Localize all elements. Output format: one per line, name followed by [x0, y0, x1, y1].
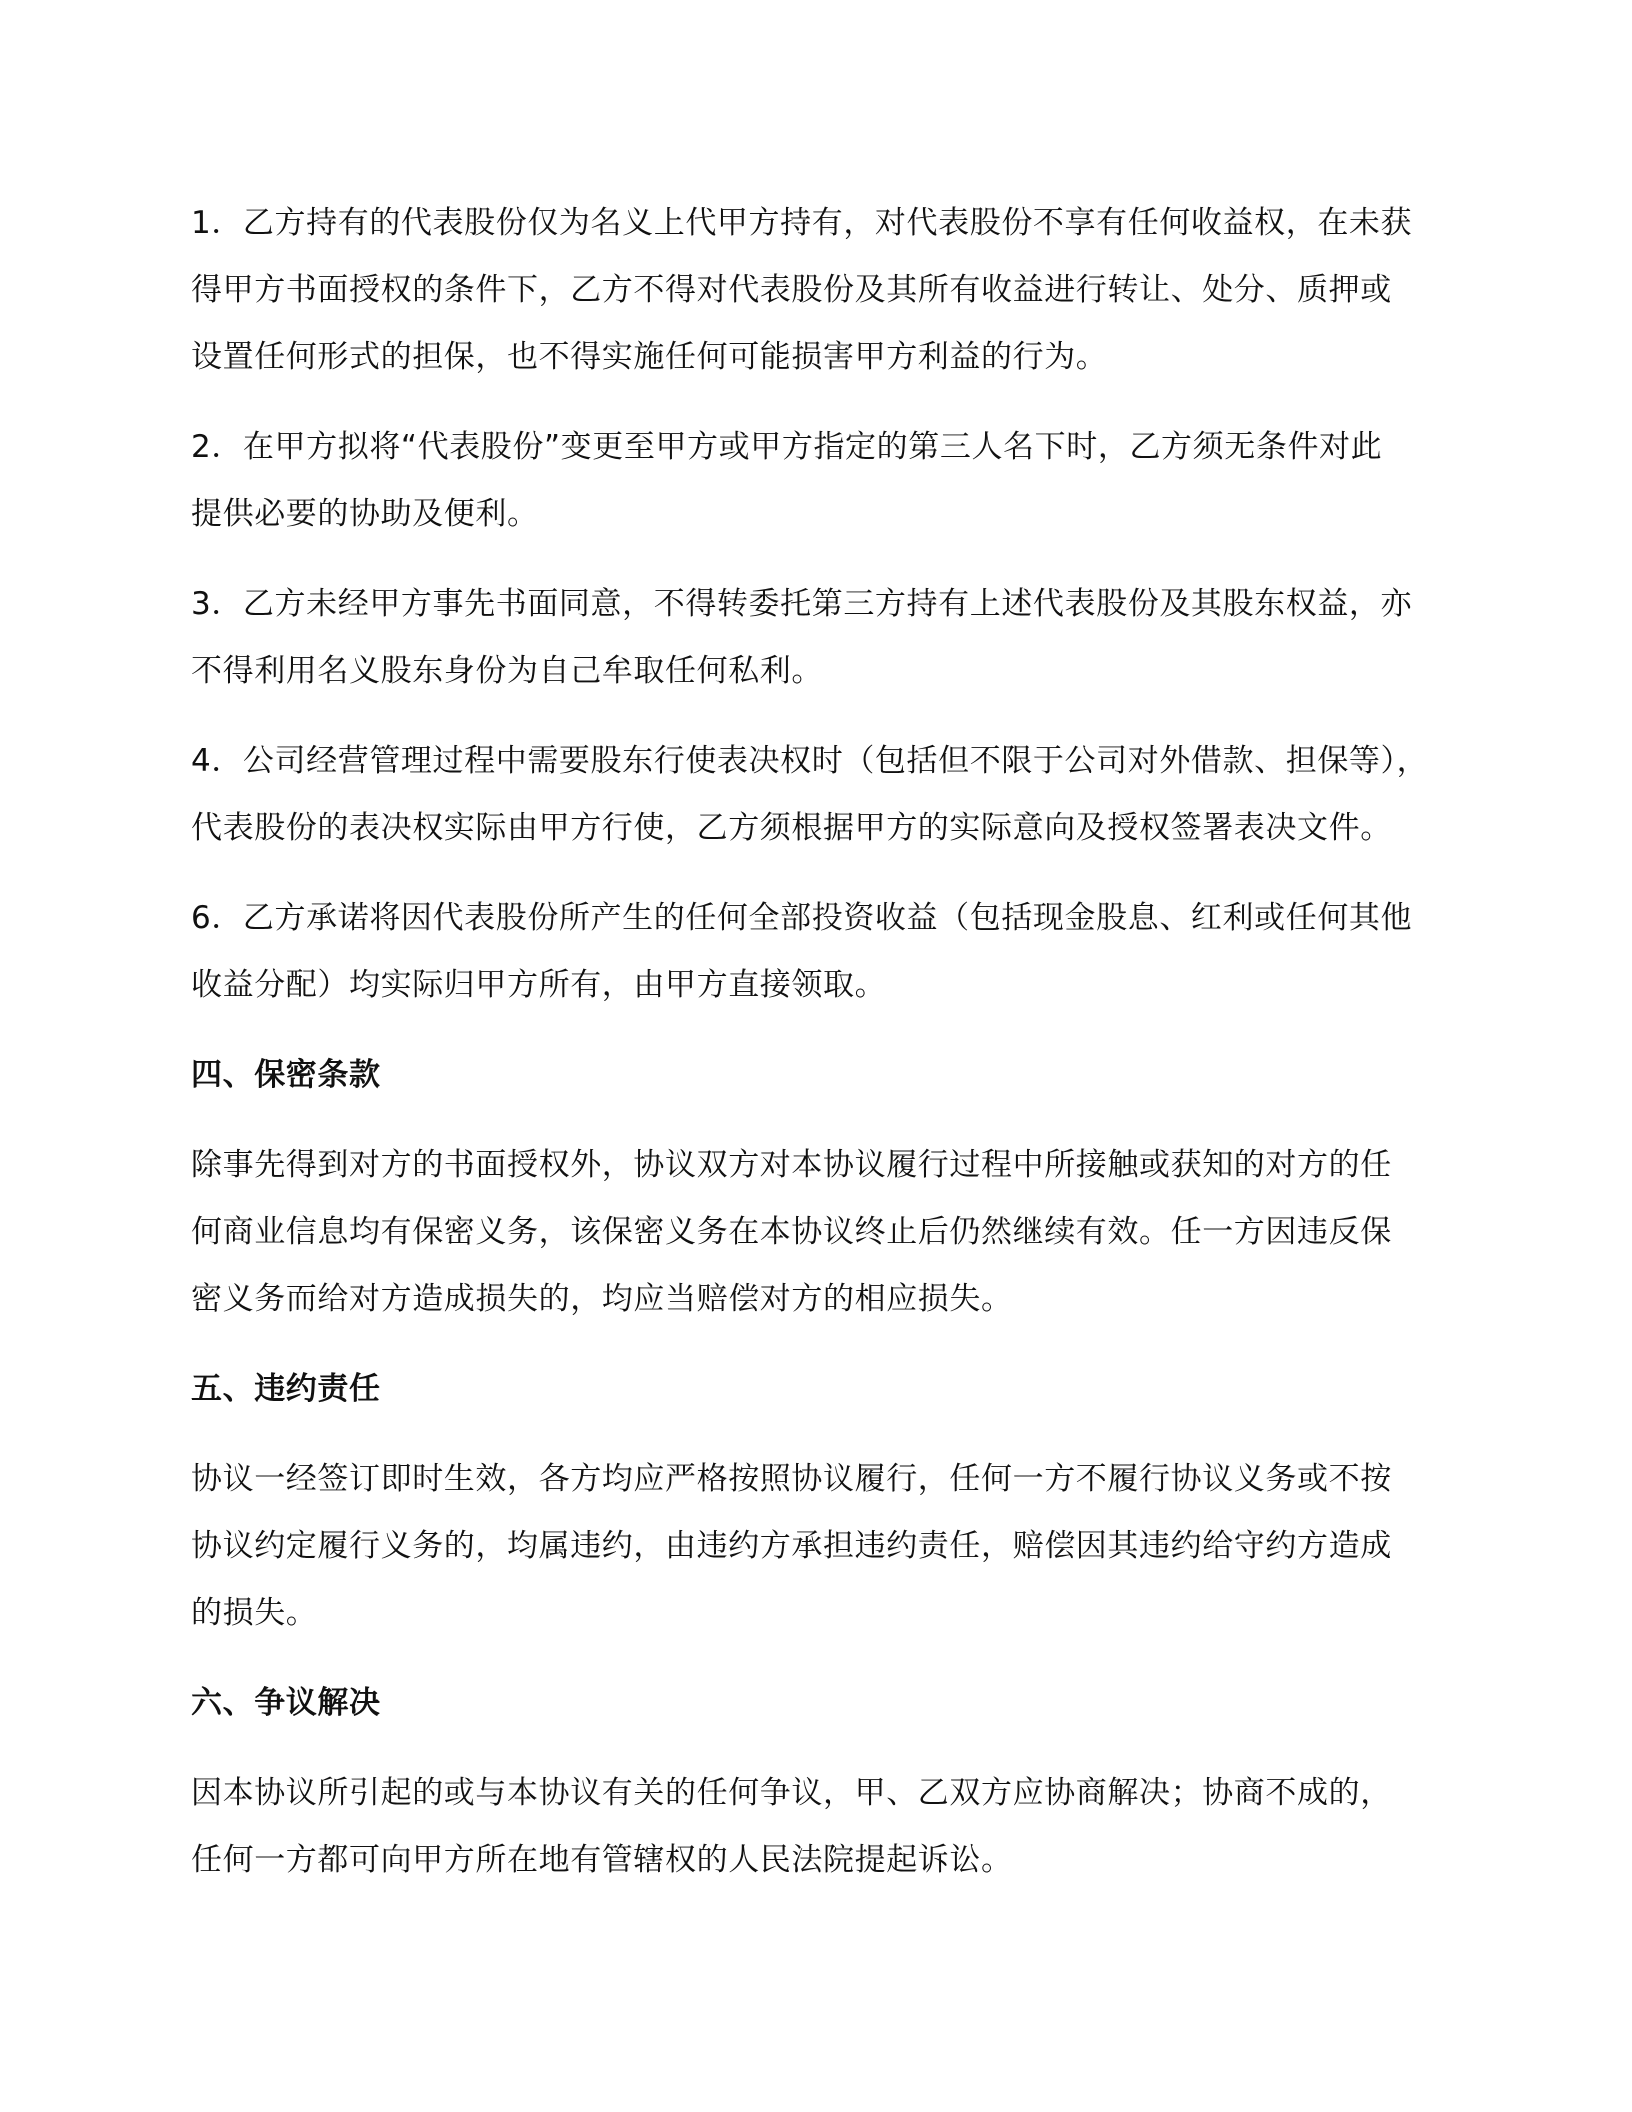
clause-1-line-1: 1．乙方持有的代表股份仅为名义上代甲方持有，对代表股份不享有任何收益权，在未获 [191, 190, 1451, 257]
confidentiality-line-2: 何商业信息均有保密义务，该保密义务在本协议终止后仍然继续有效。任一方因违反保 [191, 1199, 1451, 1266]
clause-2: 2．在甲方拟将“代表股份”变更至甲方或甲方指定的第三人名下时，乙方须无条件对此 … [191, 414, 1451, 548]
clause-2-line-2: 提供必要的协助及便利。 [191, 481, 1451, 548]
confidentiality-paragraph: 除事先得到对方的书面授权外，协议双方对本协议履行过程中所接触或获知的对方的任 何… [191, 1132, 1451, 1333]
clause-6: 6．乙方承诺将因代表股份所产生的任何全部投资收益（包括现金股息、红利或任何其他 … [191, 885, 1451, 1019]
clause-1: 1．乙方持有的代表股份仅为名义上代甲方持有，对代表股份不享有任何收益权，在未获 … [191, 190, 1451, 391]
clause-4: 4．公司经营管理过程中需要股东行使表决权时（包括但不限于公司对外借款、担保等），… [191, 728, 1451, 862]
clause-4-line-2: 代表股份的表决权实际由甲方行使，乙方须根据甲方的实际意向及授权签署表决文件。 [191, 795, 1451, 862]
liability-line-1: 协议一经签订即时生效，各方均应严格按照协议履行，任何一方不履行协议义务或不按 [191, 1446, 1451, 1513]
document-page: 1．乙方持有的代表股份仅为名义上代甲方持有，对代表股份不享有任何收益权，在未获 … [191, 190, 1451, 1917]
dispute-line-2: 任何一方都可向甲方所在地有管辖权的人民法院提起诉讼。 [191, 1827, 1451, 1894]
dispute-line-1: 因本协议所引起的或与本协议有关的任何争议，甲、乙双方应协商解决；协商不成的， [191, 1760, 1451, 1827]
clause-2-line-1: 2．在甲方拟将“代表股份”变更至甲方或甲方指定的第三人名下时，乙方须无条件对此 [191, 414, 1451, 481]
liability-line-2: 协议约定履行义务的，均属违约，由违约方承担违约责任，赔偿因其违约给守约方造成 [191, 1513, 1451, 1580]
clause-6-line-1: 6．乙方承诺将因代表股份所产生的任何全部投资收益（包括现金股息、红利或任何其他 [191, 885, 1451, 952]
clause-4-line-1: 4．公司经营管理过程中需要股东行使表决权时（包括但不限于公司对外借款、担保等）， [191, 728, 1451, 795]
liability-paragraph: 协议一经签订即时生效，各方均应严格按照协议履行，任何一方不履行协议义务或不按 协… [191, 1446, 1451, 1647]
section-heading-liability: 五、违约责任 [191, 1356, 1451, 1423]
liability-line-3: 的损失。 [191, 1580, 1451, 1647]
dispute-resolution-paragraph: 因本协议所引起的或与本协议有关的任何争议，甲、乙双方应协商解决；协商不成的， 任… [191, 1760, 1451, 1894]
clause-6-line-2: 收益分配）均实际归甲方所有，由甲方直接领取。 [191, 952, 1451, 1019]
clause-3-line-1: 3．乙方未经甲方事先书面同意，不得转委托第三方持有上述代表股份及其股东权益，亦 [191, 571, 1451, 638]
confidentiality-line-3: 密义务而给对方造成损失的，均应当赔偿对方的相应损失。 [191, 1266, 1451, 1333]
clause-3-line-2: 不得利用名义股东身份为自己牟取任何私利。 [191, 638, 1451, 705]
clause-1-line-3: 设置任何形式的担保，也不得实施任何可能损害甲方利益的行为。 [191, 324, 1451, 391]
clause-1-line-2: 得甲方书面授权的条件下，乙方不得对代表股份及其所有收益进行转让、处分、质押或 [191, 257, 1451, 324]
section-heading-confidentiality: 四、保密条款 [191, 1042, 1451, 1109]
confidentiality-line-1: 除事先得到对方的书面授权外，协议双方对本协议履行过程中所接触或获知的对方的任 [191, 1132, 1451, 1199]
clause-3: 3．乙方未经甲方事先书面同意，不得转委托第三方持有上述代表股份及其股东权益，亦 … [191, 571, 1451, 705]
section-heading-dispute-resolution: 六、争议解决 [191, 1670, 1451, 1737]
